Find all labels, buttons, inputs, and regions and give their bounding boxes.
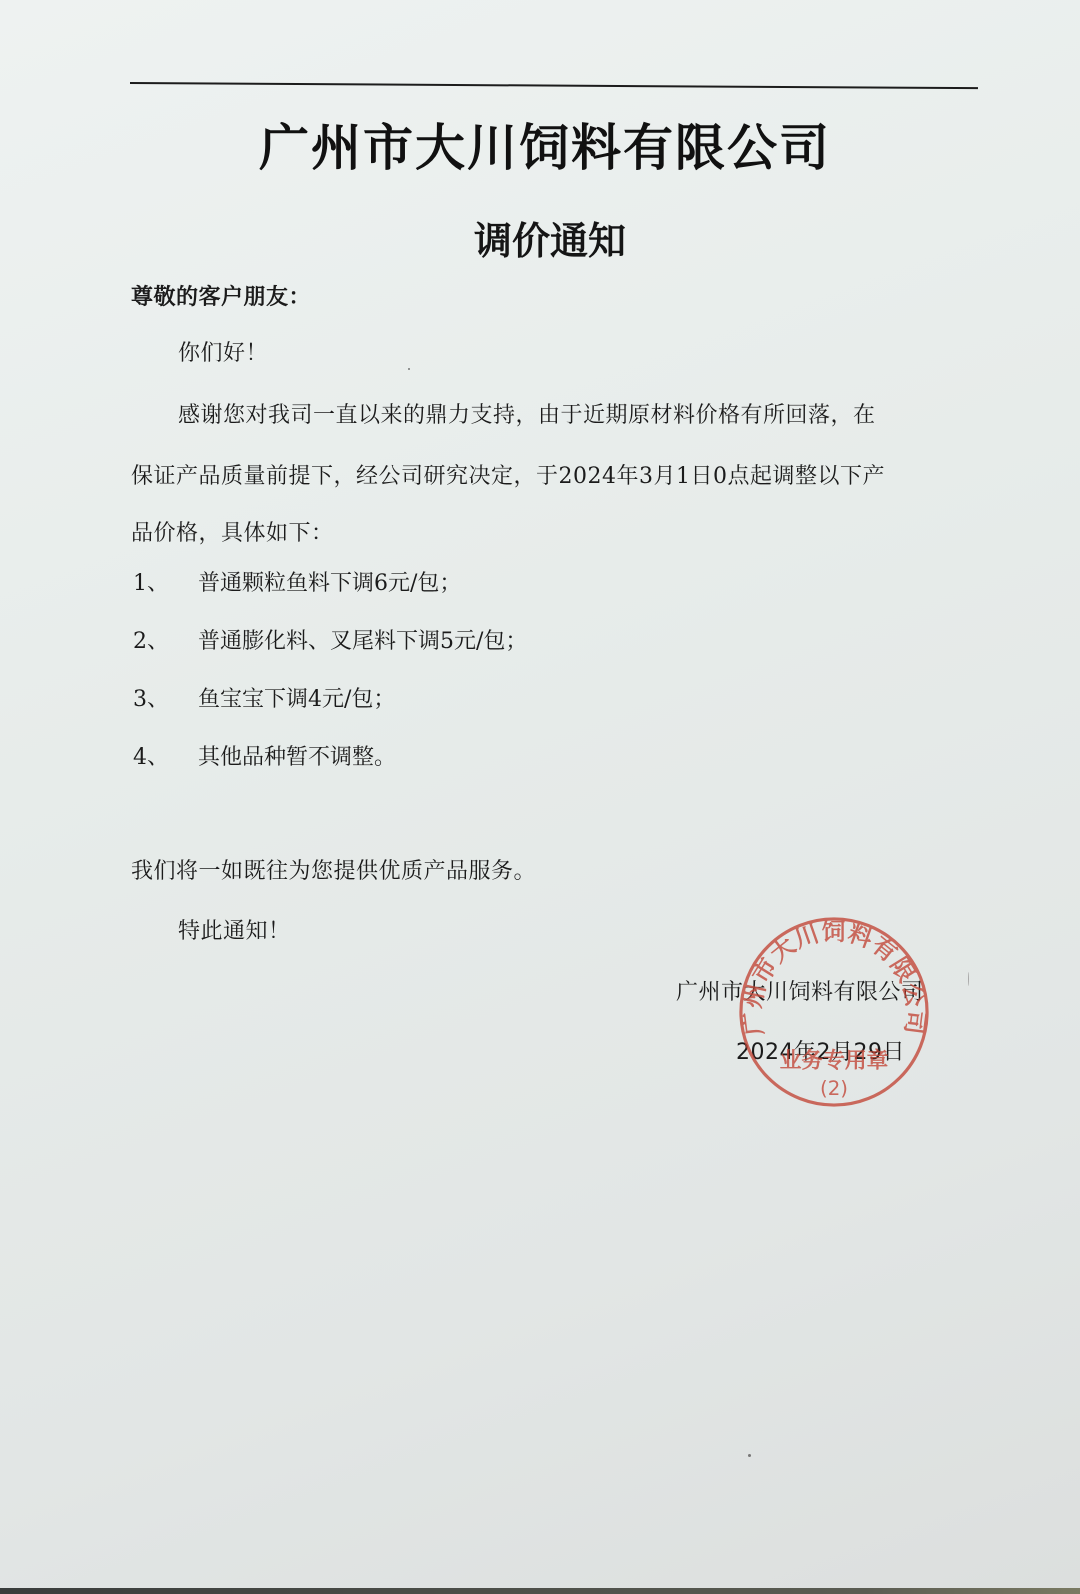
- item-text: 普通颗粒鱼料下调6元/包；: [198, 566, 461, 597]
- item-text: 鱼宝宝下调4元/包；: [198, 682, 395, 713]
- item-number: 2、: [133, 624, 169, 655]
- header-rule: [130, 82, 978, 89]
- body-line-1: 感谢您对我司一直以来的鼎力支持，由于近期原材料价格有所回落，在: [178, 398, 876, 429]
- table-edge: [0, 1588, 1080, 1594]
- body-line-2: 保证产品质量前提下，经公司研究决定，于2024年3月1日0点起调整以下产: [131, 459, 885, 490]
- signature-company: 广州市大川饲料有限公司: [676, 975, 924, 1006]
- signature-date: 2024年2月29日: [736, 1035, 905, 1066]
- item-text: 普通膨化料、叉尾料下调5元/包；: [198, 624, 527, 655]
- stamp-number: (2): [820, 1077, 848, 1100]
- document-page: 广州市大川饲料有限公司 调价通知 尊敬的客户朋友： 你们好！ 感谢您对我司一直以…: [0, 0, 1080, 1588]
- paper-speck: [408, 368, 410, 370]
- item-number: 3、: [133, 682, 169, 713]
- salutation: 尊敬的客户朋友：: [131, 280, 311, 311]
- body-line-3: 品价格，具体如下：: [131, 516, 334, 547]
- company-seal-stamp: 广州市大川饲料有限公司 业务专用章 (2): [735, 913, 933, 1111]
- greeting: 你们好！: [178, 336, 268, 367]
- item-number: 4、: [133, 740, 169, 771]
- notice-title: 调价通知: [0, 210, 1080, 265]
- company-title: 广州市大川饲料有限公司: [0, 108, 1080, 180]
- special-notice: 特此通知！: [178, 914, 291, 945]
- paper-mark: [968, 972, 969, 986]
- item-number: 1、: [133, 566, 169, 597]
- closing-line: 我们将一如既往为您提供优质产品服务。: [131, 854, 536, 885]
- paper-speck: [748, 1454, 751, 1457]
- item-text: 其他品种暂不调整。: [198, 740, 396, 771]
